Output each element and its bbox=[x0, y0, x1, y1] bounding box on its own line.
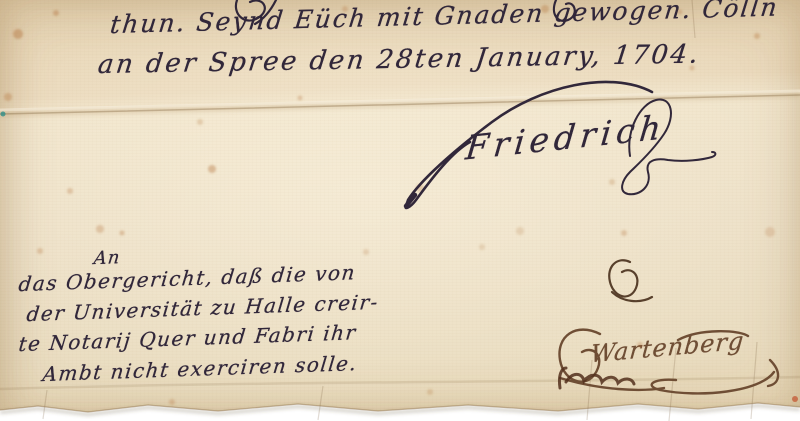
scanned-letter: thun. Seynd Eüch mit Gnaden gewogen. Cöl… bbox=[0, 0, 800, 421]
docket-heading: An bbox=[93, 247, 122, 269]
